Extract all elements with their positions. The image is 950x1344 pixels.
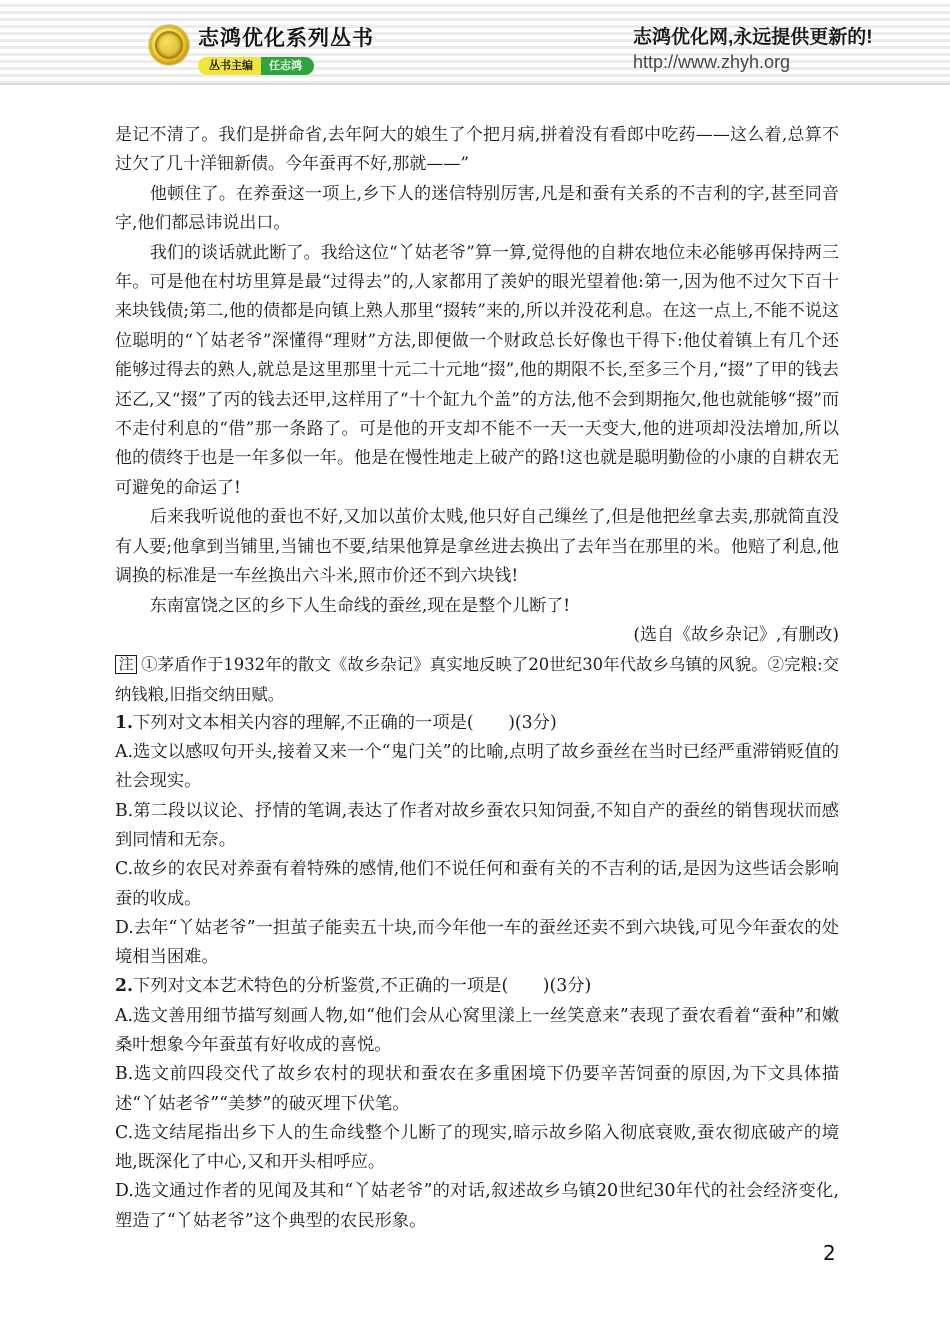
exam-content: 是记不清了。我们是拼命省,去年阿大的娘生了个把月病,拼着没有看郎中吃药——这么着…	[115, 121, 839, 1236]
passage-attribution: (选自《故乡杂记》,有删改)	[115, 621, 839, 650]
question-1-option-b: B.第二段以议论、抒情的笔调,表达了作者对故乡蚕农只知饲蚕,不知自产的蚕丝的销售…	[115, 797, 839, 856]
question-2-stem-text: 下列对文本艺术特色的分析鉴赏,不正确的一项是( )(3分)	[133, 976, 591, 996]
page-number: 2	[823, 1241, 836, 1265]
question-1-option-d: D.去年“丫姑老爷”一担茧子能卖五十块,而今年他一车的蚕丝还卖不到六块钱,可见今…	[115, 914, 839, 973]
question-2-option-a: A.选文善用细节描写刻画人物,如“他们会从心窝里漾上一丝笑意来”表现了蚕农看着“…	[115, 1002, 839, 1061]
gold-medal-icon	[149, 25, 189, 65]
passage-paragraph-2: 他顿住了。在养蚕这一项上,乡下人的迷信特别厉害,凡是和蚕有关系的不吉利的字,甚至…	[115, 180, 839, 239]
badge-editor-role: 丛书主编	[198, 57, 261, 75]
passage-paragraph-5: 东南富饶之区的乡下人生命线的蚕丝,现在是整个儿断了!	[115, 592, 839, 621]
question-2-number: 2.	[115, 976, 133, 996]
medal-inner-seal-icon	[155, 31, 183, 59]
brand-block: 志鸿优化系列丛书 丛书主编 任志鸿	[198, 28, 374, 75]
note-text: ①茅盾作于1932年的散文《故乡杂记》真实地反映了20世纪30年代故乡乌镇的风貌…	[115, 655, 839, 703]
question-1-stem: 1.下列对文本相关内容的理解,不正确的一项是( )(3分)	[115, 709, 839, 738]
series-title: 志鸿优化系列丛书	[198, 28, 374, 49]
question-1-stem-text: 下列对文本相关内容的理解,不正确的一项是( )(3分)	[133, 713, 557, 733]
question-2-option-b: B.选文前四段交代了故乡农村的现状和蚕农在多重困境下仍要辛苦饲蚕的原因,为下文具…	[115, 1060, 839, 1119]
passage-paragraph-4: 后来我听说他的蚕也不好,又加以茧价太贱,他只好自己缫丝了,但是他把丝拿去卖,那就…	[115, 503, 839, 591]
question-1-option-a: A.选文以感叹句开头,接着又来一个“鬼门关”的比喻,点明了故乡蚕丝在当时已经严重…	[115, 738, 839, 797]
question-1-number: 1.	[115, 713, 133, 733]
question-1-option-c: C.故乡的农民对养蚕有着特殊的感情,他们不说任何和蚕有关的不吉利的话,是因为这些…	[115, 855, 839, 914]
passage-paragraph-3: 我们的谈话就此断了。我给这位“丫姑老爷”算一算,觉得他的自耕农地位未必能够再保持…	[115, 239, 839, 504]
note-label: 注	[115, 655, 137, 674]
passage-note: 注①茅盾作于1932年的散文《故乡杂记》真实地反映了20世纪30年代故乡乌镇的风…	[115, 650, 839, 708]
site-slogan: 志鸿优化网,永远提供更新的!	[633, 27, 873, 49]
passage-paragraph-1: 是记不清了。我们是拼命省,去年阿大的娘生了个把月病,拼着没有看郎中吃药——这么着…	[115, 121, 839, 180]
question-2-option-d: D.选文通过作者的见闻及其和“丫姑老爷”的对话,叙述故乡乌镇20世纪30年代的社…	[115, 1177, 839, 1236]
question-2-stem: 2.下列对文本艺术特色的分析鉴赏,不正确的一项是( )(3分)	[115, 972, 839, 1001]
site-url-link[interactable]: http://www.zhyh.org	[633, 52, 873, 73]
question-2-option-c: C.选文结尾指出乡下人的生命线整个儿断了的现实,暗示故乡陷入彻底衰败,蚕农彻底破…	[115, 1119, 839, 1178]
badge-editor-name: 任志鸿	[261, 57, 314, 75]
site-block: 志鸿优化网,永远提供更新的! http://www.zhyh.org	[633, 27, 873, 73]
editor-badge: 丛书主编 任志鸿	[198, 57, 314, 75]
page-header: 志鸿优化系列丛书 丛书主编 任志鸿 志鸿优化网,永远提供更新的! http://…	[0, 0, 950, 85]
